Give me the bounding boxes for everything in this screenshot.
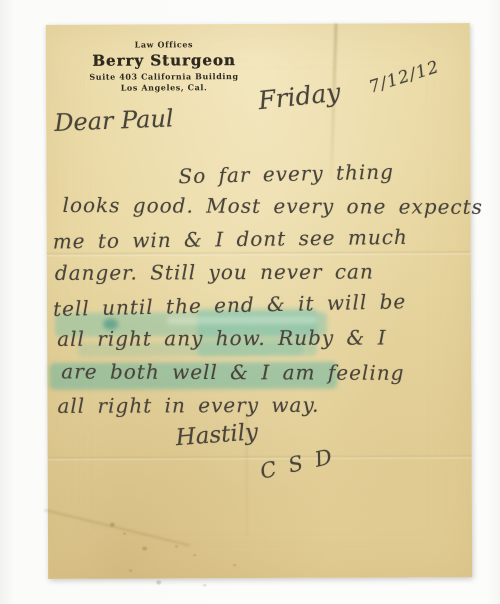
foxing-spots	[110, 523, 115, 527]
letterhead-office-label: Law Offices	[74, 39, 254, 51]
body-line: all right any how. Ruby & I	[57, 325, 387, 350]
signature-initials: C S D	[258, 444, 337, 484]
body-line: tell until the end & it will be	[53, 289, 407, 321]
salutation: Dear Paul	[54, 104, 174, 137]
handwritten-day: Friday	[257, 77, 342, 115]
handwritten-date: 7/12/12	[367, 57, 442, 98]
letterhead-firm-name: Berry Sturgeon	[74, 51, 254, 70]
scan-background: Law Offices Berry Sturgeon Suite 403 Cal…	[0, 0, 500, 604]
body-line: So far every thing	[178, 160, 394, 189]
horizontal-fold-crease-lower	[48, 455, 472, 459]
body-line: looks good. Most every one expects	[63, 193, 483, 219]
letterhead-address-line1: Suite 403 California Building	[74, 71, 254, 83]
letterhead-address-line2: Los Angeles, Cal.	[74, 82, 254, 94]
body-line: me to win & I dont see much	[53, 225, 408, 254]
bottom-left-crease	[44, 509, 190, 547]
body-line: all right in every way.	[57, 393, 319, 418]
letterhead: Law Offices Berry Sturgeon Suite 403 Cal…	[74, 39, 254, 94]
letter-paper: Law Offices Berry Sturgeon Suite 403 Cal…	[46, 23, 472, 579]
closing: Hastily	[175, 419, 259, 451]
body-line: are both well & I am feeling	[61, 359, 404, 384]
body-line: danger. Still you never can	[55, 259, 374, 284]
